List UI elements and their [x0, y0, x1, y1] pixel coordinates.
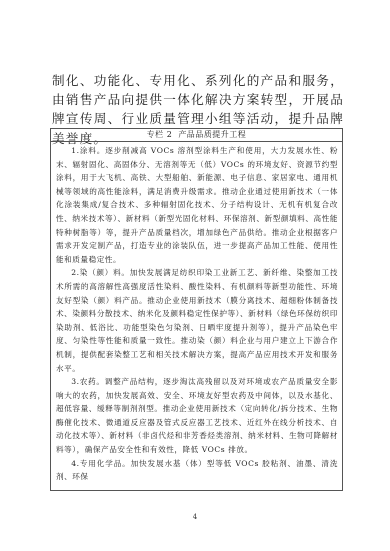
sidebar-box-column-2: 专栏 2产品品质提升工程 1.涂料。逐步削减高 VOCs 溶剂型涂料生产和使用，…	[50, 128, 343, 491]
page-number: 4	[0, 513, 390, 521]
box-item-dyes: 2.染（颜）料。加快发展满足纺织印染工业新工艺、新纤维、染整加工技术所需的高溶解…	[56, 266, 338, 375]
box-body: 1.涂料。逐步削减高 VOCs 溶剂型涂料生产和使用，大力发展水性、粉末、辐射固…	[51, 142, 342, 484]
document-page: 制化、功能化、专用化、系列化的产品和服务，由销售产品向提供一体化解决方案转型，开…	[0, 0, 390, 551]
box-item-specialty-chemicals: 4.专用化学品。加快发展水基（体）型等低 VOCs 胶粘剂、油墨、清洗剂、环保	[56, 457, 338, 484]
box-label: 专栏 2	[147, 130, 173, 139]
box-title: 产品品质提升工程	[178, 130, 246, 139]
box-item-pesticides: 3.农药。调整产品结构，逐步淘汰高残留以及对环境或农产品质量安全影响大的农药，加…	[56, 375, 338, 457]
box-header: 专栏 2产品品质提升工程	[51, 129, 342, 142]
box-item-coatings: 1.涂料。逐步削减高 VOCs 溶剂型涂料生产和使用，大力发展水性、粉末、辐射固…	[56, 144, 338, 266]
